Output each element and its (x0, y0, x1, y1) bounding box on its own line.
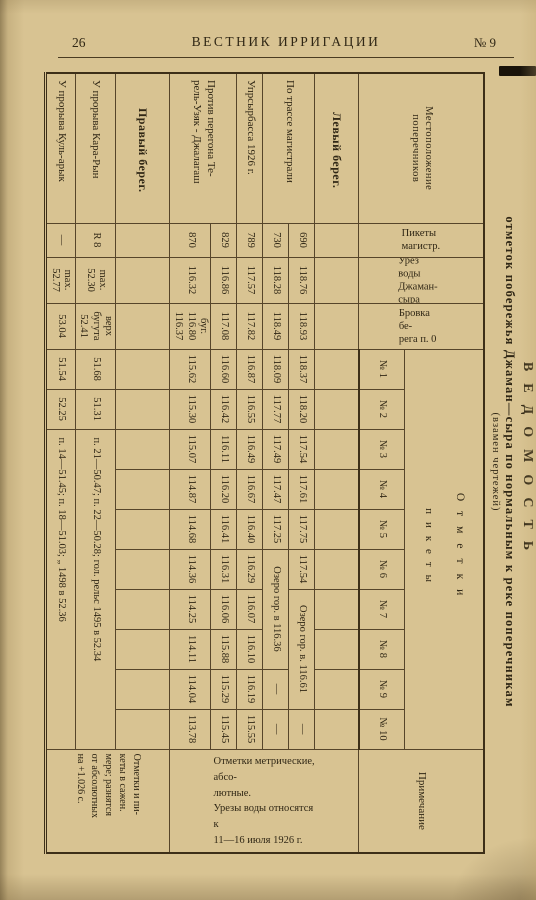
cell-mark: 116.20 (211, 469, 237, 509)
cell-picket: 870 (170, 223, 211, 257)
th-mark-col-3: № 3 (359, 429, 405, 469)
doc-title: ВЕДОМОСТЬ (519, 72, 535, 852)
cell-mark: 116.07 (237, 589, 263, 629)
cell-note-right: Отметки и пи- кеты в сажен. мере; разнят… (45, 749, 170, 853)
row-label: У прорыва Кара-Рын (75, 73, 116, 223)
cell-mark: — (289, 709, 315, 749)
cell-water: 118.28 (263, 257, 289, 303)
cell-mark: 116.49 (237, 429, 263, 469)
th-pickets-label: Пикеты магистр. (402, 227, 440, 253)
cell-water: 117.57 (237, 257, 263, 303)
cell-picket: 789 (237, 223, 263, 257)
cell-mark: 52.25 (45, 389, 75, 429)
cell-mark: 51.68 (75, 349, 116, 389)
cell-mark: 117.77 (263, 389, 289, 429)
cell-mark: 116.10 (237, 629, 263, 669)
running-head: 26 ВЕСТНИК ИРРИГАЦИИ № 9 (58, 31, 514, 58)
cell-mark: 117.25 (263, 509, 289, 549)
table-row: У прорыва Куль-арык — max. 52.77 53.04 5… (45, 73, 75, 853)
th-mark-col-6: № 6 (359, 549, 405, 589)
th-mark-col-8: № 8 (359, 629, 405, 669)
th-mark-col-10: № 10 (359, 709, 405, 749)
th-mark-col-7: № 7 (359, 589, 405, 629)
row-group-label: Левый берег. (315, 73, 359, 223)
th-mark-col-5: № 5 (359, 509, 405, 549)
row-group-label: Правый берег. (116, 73, 170, 223)
cell-water: 116.86 (211, 257, 237, 303)
group-row-right-bank: Правый берег. Отметки и пи- кеты в сажен… (116, 73, 170, 853)
cell-mark: 116.55 (237, 389, 263, 429)
cell-mark: 118.37 (289, 349, 315, 389)
cell-mark: 117.54 (289, 549, 315, 589)
cell-mark: 115.62 (170, 349, 211, 389)
table-row: Упрсырбасса 1926 г. 789 117.57 117.82 11… (237, 73, 263, 853)
cell-mark: 114.68 (170, 509, 211, 549)
cell-picket: 730 (263, 223, 289, 257)
cell-mark: 116.42 (211, 389, 237, 429)
th-marks-line1: Отметки (453, 352, 467, 747)
doc-subnote: (взамен чертежей) (490, 72, 501, 852)
th-pickets: Пикеты магистр. (359, 223, 484, 257)
cell-mark: 115.30 (170, 389, 211, 429)
cell-mark-merged: п. 21—50.47; п. 22—50.28; гол. рельс 149… (75, 429, 116, 749)
doc-subtitle: отметок побережья Джаман—сыра по нормаль… (502, 72, 517, 852)
cell-water: 116.32 (170, 257, 211, 303)
scanned-page: 26 ВЕСТНИК ИРРИГАЦИИ № 9 ВЕДОМОСТЬ отмет… (0, 0, 536, 900)
cell-mark: 116.19 (237, 669, 263, 709)
cell-mark: 117.54 (289, 429, 315, 469)
cell-mark: 116.41 (211, 509, 237, 549)
cell-note-left: Отметки метрические, абсо- лютные. Урезы… (170, 749, 359, 853)
cell-mark-merged: Озеро гор. в. 116.61 (289, 589, 315, 709)
cell-picket: — (45, 223, 75, 257)
row-label: По трассе магистрали (263, 73, 315, 223)
elevations-table: Местоположение поперечников Пикеты магис… (44, 72, 485, 854)
cell-mark: 115.88 (211, 629, 237, 669)
row-label: У прорыва Куль-арык (45, 73, 75, 223)
cell-mark: 116.87 (237, 349, 263, 389)
cell-bank: буг. 116.80 116.37 (170, 303, 211, 349)
rotated-sheet: ВЕДОМОСТЬ отметок побережья Джаман—сыра … (65, 72, 535, 852)
th-marks-group: Отметки пикеты (405, 349, 484, 749)
table-row: Против перегона Те- рель-Узяк - Джалагаш… (211, 73, 237, 853)
cell-mark: 115.29 (211, 669, 237, 709)
cell-mark: 116.67 (237, 469, 263, 509)
doc-title-block: ВЕДОМОСТЬ отметок побережья Джаман—сыра … (485, 72, 535, 852)
cell-water: max. 52.30 (75, 257, 116, 303)
th-bank-edge: Бровка бе- рега п. 0 (359, 303, 484, 349)
cell-mark: 118.09 (263, 349, 289, 389)
row-label: Упрсырбасса 1926 г. (237, 73, 263, 223)
cell-mark: 118.20 (289, 389, 315, 429)
issue-number: № 9 (474, 35, 496, 51)
cell-bank: верх бугута 52.41 (75, 303, 116, 349)
cell-mark: 115.45 (211, 709, 237, 749)
th-water-edge-label: Урез воды Джаман- сыра (399, 257, 444, 303)
cell-mark: — (263, 669, 289, 709)
cell-mark: 114.04 (170, 669, 211, 709)
th-water-edge: Урез воды Джаман- сыра (359, 257, 484, 303)
th-marks-line2: пикеты (422, 352, 435, 747)
note-left-text: Отметки метрические, абсо- лютные. Урезы… (213, 754, 316, 849)
th-mark-col-9: № 9 (359, 669, 405, 709)
cell-mark: 115.55 (237, 709, 263, 749)
cell-mark: 51.54 (45, 349, 75, 389)
table-row: У прорыва Кара-Рын R 8 max. 52.30 верх б… (75, 73, 116, 853)
cell-mark: — (263, 709, 289, 749)
cell-mark: 114.36 (170, 549, 211, 589)
cell-mark: 117.75 (289, 509, 315, 549)
cell-mark: 116.06 (211, 589, 237, 629)
cell-water: 118.76 (289, 257, 315, 303)
cell-mark: 116.11 (211, 429, 237, 469)
journal-title: ВЕСТНИК ИРРИГАЦИИ (58, 34, 514, 50)
cell-bank: 53.04 (45, 303, 75, 349)
cell-picket: 829 (211, 223, 237, 257)
th-note: Примечание (359, 749, 484, 853)
table-row: По трассе магистрали 690 118.76 118.93 1… (289, 73, 315, 853)
cell-mark: 114.11 (170, 629, 211, 669)
th-bank-edge-label: Бровка бе- рега п. 0 (399, 306, 444, 345)
group-row-left-bank: Левый берег. Отметки метрические, абсо- … (315, 73, 359, 853)
cell-mark: 51.31 (75, 389, 116, 429)
cell-mark: 114.25 (170, 589, 211, 629)
th-mark-col-2: № 2 (359, 389, 405, 429)
cell-bank: 117.08 (211, 303, 237, 349)
cell-bank: 117.82 (237, 303, 263, 349)
th-location: Местоположение поперечников (359, 73, 484, 223)
cell-water: max. 52.77 (45, 257, 75, 303)
cell-mark-merged: п. 14—51.45; п. 18—51.03; „ 1498 в 52.36 (45, 429, 75, 749)
cell-mark: 115.07 (170, 429, 211, 469)
cell-mark: 116.29 (237, 549, 263, 589)
cell-mark: 117.61 (289, 469, 315, 509)
row-label: Против перегона Те- рель-Узяк - Джалагаш (170, 73, 237, 223)
cell-mark: 114.87 (170, 469, 211, 509)
cell-bank: 118.49 (263, 303, 289, 349)
cell-bank: 118.93 (289, 303, 315, 349)
cell-mark: 117.49 (263, 429, 289, 469)
cell-mark: 117.47 (263, 469, 289, 509)
cell-picket: R 8 (75, 223, 116, 257)
th-mark-col-1: № 1 (359, 349, 405, 389)
cell-picket: 690 (289, 223, 315, 257)
cell-mark: 116.60 (211, 349, 237, 389)
th-mark-col-4: № 4 (359, 469, 405, 509)
cell-mark: 113.78 (170, 709, 211, 749)
ink-smudge (499, 66, 536, 76)
cell-mark-merged: Озеро гор. в 116.36 (263, 549, 289, 669)
cell-mark: 116.31 (211, 549, 237, 589)
cell-mark: 116.40 (237, 509, 263, 549)
